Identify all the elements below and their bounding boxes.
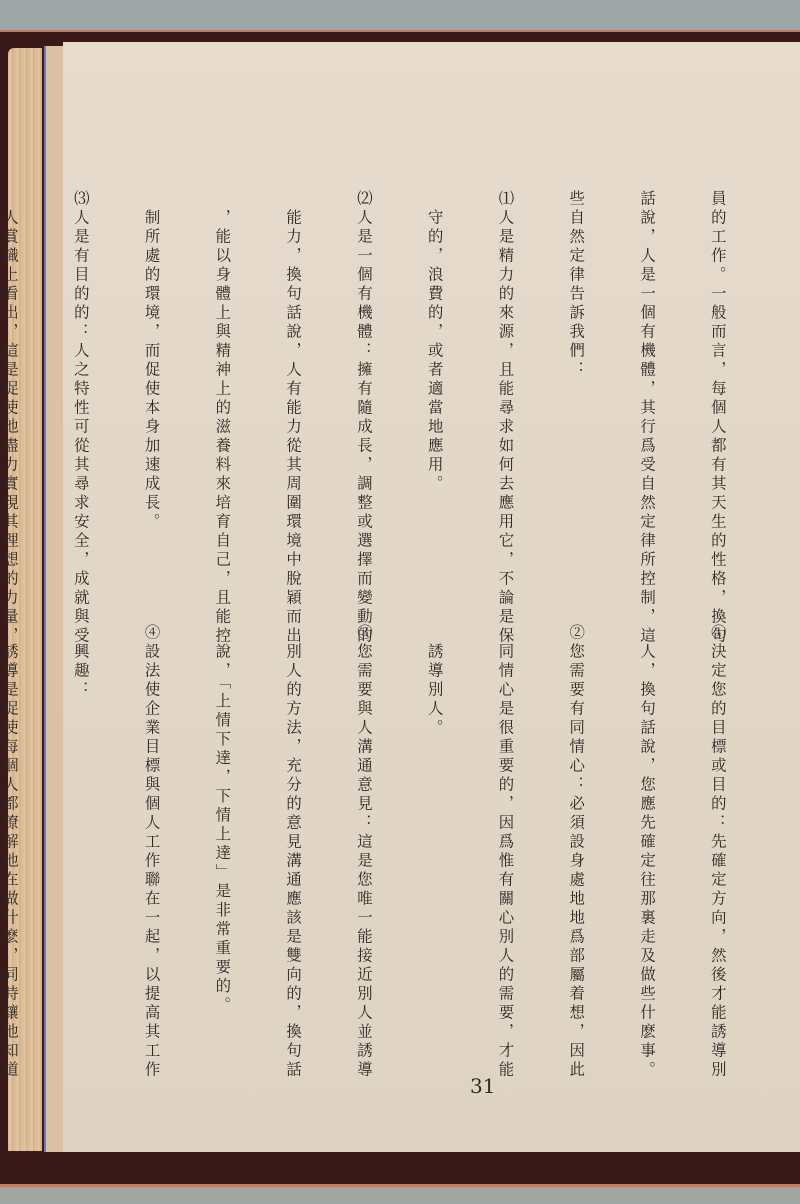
page-number: 31 (470, 1074, 495, 1098)
text-column: 話說，人是一個有機體，其行爲受自然定律所控制，這 (634, 190, 658, 600)
text-column: ⑵人是一個有機體：擁有隨成長，調整或選擇而變動的 (351, 190, 375, 600)
text-column: 同情心是很重要的，因爲惟有關心別人的需要，才能 (493, 624, 517, 1044)
text-column: ①決定您的目標或目的：先確定方向，然後才能誘導別 (705, 624, 729, 1044)
text-column: ⑶人是有目的的：人之特性可從其尋求安全，成就與受 (68, 190, 92, 600)
text-column: ④設法使企業目標與個人工作聯在一起，以提高其工作 (139, 624, 163, 1044)
text-column: 些自然定律告訴我們： (564, 190, 588, 600)
text-column: ②您需要有同情心：必須設身處地地爲部屬着想，因此 (564, 624, 588, 1044)
text-column: 興趣： (68, 624, 92, 1044)
top-text-block: 員的工作。一般而言，每個人都有其天生的性格，換句 話說，人是一個有機體，其行爲受… (0, 190, 776, 600)
book-page: 員的工作。一般而言，每個人都有其天生的性格，換句 話說，人是一個有機體，其行爲受… (63, 42, 800, 1152)
text-column: 員的工作。一般而言，每個人都有其天生的性格，換句 (705, 190, 729, 600)
text-column: 誘導別人。 (422, 624, 446, 1044)
text-column: 人，換句話說，您應先確定往那裏走及做些什麽事。 (634, 624, 658, 1044)
text-column: 別人的方法，充分的意見溝通應該是雙向的，換句話 (281, 624, 305, 1044)
bottom-text-block: ①決定您的目標或目的：先確定方向，然後才能誘導別 人，換句話說，您應先確定往那裏… (0, 624, 776, 1044)
text-column: 說，「上情下達，下情上達」是非常重要的。 (210, 624, 234, 1044)
text-column: 守的，浪費的，或者適當地應用。 (422, 190, 446, 600)
text-column: ③您需要與人溝通意見：這是您唯一能接近別人並誘導 (351, 624, 375, 1044)
text-column: ⑴人是精力的來源，且能尋求如何去應用它，不論是保 (493, 190, 517, 600)
text-column: ，能以身體上與精神上的滋養料來培育自己，且能控 (210, 190, 234, 600)
text-column: 人賞識上看出，這是促使他盡力實現其理想的力量， (0, 190, 21, 600)
text-column: 誘導是促使每個人都瞭解他在做什麽，同時讓他知道 (0, 624, 21, 1044)
text-column: 制所處的環境，而促使本身加速成長。 (139, 190, 163, 600)
text-column: 能力，換句話說，人有能力從其周圍環境中脫穎而出 (281, 190, 305, 600)
